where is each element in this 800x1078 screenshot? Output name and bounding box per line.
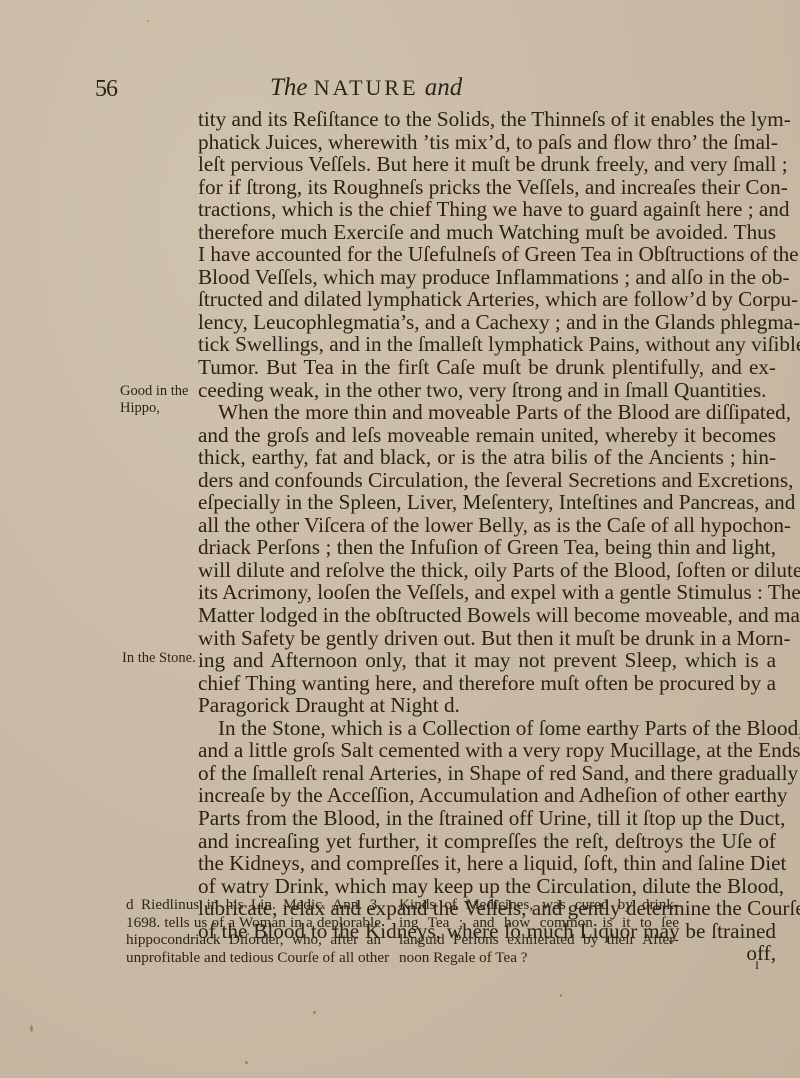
text-line: tick Swellings, and in the ſmalleſt lymp… <box>198 333 776 356</box>
paper-speck <box>313 1011 316 1014</box>
running-head: The NATURE and <box>270 74 670 102</box>
text-line: all the other Viſcera of the lower Belly… <box>198 514 776 537</box>
footnote-column-right: Kinds of Medicines, was cured by drink- … <box>399 896 679 966</box>
text-line: I have accounted for the Uſefulneſs of G… <box>198 243 776 266</box>
text-line: thick, earthy, fat and black, or is the … <box>198 446 776 469</box>
footnote-line: hippocondriack Diſorder, who, after an <box>126 931 381 949</box>
text-line: therefore much Exerciſe and much Watchin… <box>198 221 776 244</box>
footnote-line: unprofitable and tedious Courſe of all o… <box>126 949 381 967</box>
text-line: Matter lodged in the obſtructed Bowels w… <box>198 604 776 627</box>
text-line: leſt pervious Veſſels. But here it muſt … <box>198 153 776 176</box>
text-line: When the more thin and moveable Parts of… <box>198 401 776 424</box>
text-line: and a little groſs Salt cemented with a … <box>198 739 776 762</box>
text-line: increaſe by the Acceſſion, Accumulation … <box>198 784 776 807</box>
margin-note-line: Hippo, <box>120 400 188 417</box>
text-line: of watry Drink, which may keep up the Ci… <box>198 875 776 898</box>
text-line: the Kidneys, and compreſſes it, here a l… <box>198 852 776 875</box>
text-line: Paragorick Draught at Night d. <box>198 694 776 717</box>
footnote-line: ing Tea ; and how common is it to ſee <box>399 914 679 932</box>
text-line: and increaſing yet further, it compreſſe… <box>198 830 776 853</box>
text-line: Parts from the Blood, in the ſtrained of… <box>198 807 776 830</box>
text-line: Tumor. But Tea in the firſt Caſe muſt be… <box>198 356 776 379</box>
text-line: phatick Juices, wherewith ’tis mix’d, to… <box>198 131 776 154</box>
text-line: for if ſtrong, its Roughneſs pricks the … <box>198 176 776 199</box>
footnote-line: noon Regale of Tea ? <box>399 949 679 967</box>
footnote-column-left: d Riedlinus in his Lin. Medic. Ann. 3. 1… <box>126 896 381 966</box>
signature-mark: I <box>755 958 759 973</box>
margin-note-line: Good in the <box>120 383 188 400</box>
text-line: tity and its Reſiſtance to the Solids, t… <box>198 108 776 131</box>
paper-speck <box>30 1025 33 1032</box>
paper-speck <box>560 994 562 997</box>
text-line: will dilute and reſolve the thick, oily … <box>198 559 776 582</box>
footnote-line: languid Perſons exhilerated by their Aft… <box>399 931 679 949</box>
text-line: ing and Afternoon only, that it may not … <box>198 649 776 672</box>
text-line: its Acrimony, looſen the Veſſels, and ex… <box>198 581 776 604</box>
margin-note-line: In the Stone. <box>122 650 196 667</box>
text-line: tractions, which is the chief Thing we h… <box>198 198 776 221</box>
paper-speck <box>245 1061 248 1064</box>
text-line: driack Perſons ; then the Infuſion of Gr… <box>198 536 776 559</box>
text-line: In the Stone, which is a Collection of ſ… <box>198 717 776 740</box>
text-line: chief Thing wanting here, and therefore … <box>198 672 776 695</box>
footnote-line: d Riedlinus in his Lin. Medic. Ann. 3. <box>126 896 381 914</box>
text-line: lency, Leucophlegmatia’s, and a Cachexy … <box>198 311 776 334</box>
body-text: tity and its Reſiſtance to the Solids, t… <box>198 108 776 965</box>
text-line: ceeding weak, in the other two, very ſtr… <box>198 379 776 402</box>
text-line: of the ſmalleſt renal Arteries, in Shape… <box>198 762 776 785</box>
text-line: ſtructed and dilated lymphatick Arteries… <box>198 288 776 311</box>
footnote-line: 1698. tells us of a Woman in a deplorabl… <box>126 914 381 932</box>
margin-note-stone: In the Stone. <box>122 650 196 667</box>
text-line: eſpecially in the Spleen, Liver, Meſente… <box>198 491 776 514</box>
text-line: ders and confounds Circulation, the ſeve… <box>198 469 776 492</box>
text-line: Blood Veſſels, which may produce Inflamm… <box>198 266 776 289</box>
text-line: with Safety be gently driven out. But th… <box>198 627 776 650</box>
footnote-line: Kinds of Medicines, was cured by drink- <box>399 896 679 914</box>
book-page: 56 The NATURE and Good in the Hippo, In … <box>0 0 800 1078</box>
running-head-and: and <box>425 74 463 101</box>
page-number: 56 <box>95 76 117 103</box>
paper-speck <box>147 20 149 22</box>
text-line: and the groſs and leſs moveable remain u… <box>198 424 776 447</box>
running-head-nature: NATURE <box>314 75 419 100</box>
running-head-the: The <box>270 74 308 101</box>
margin-note-hippo: Good in the Hippo, <box>120 383 188 417</box>
